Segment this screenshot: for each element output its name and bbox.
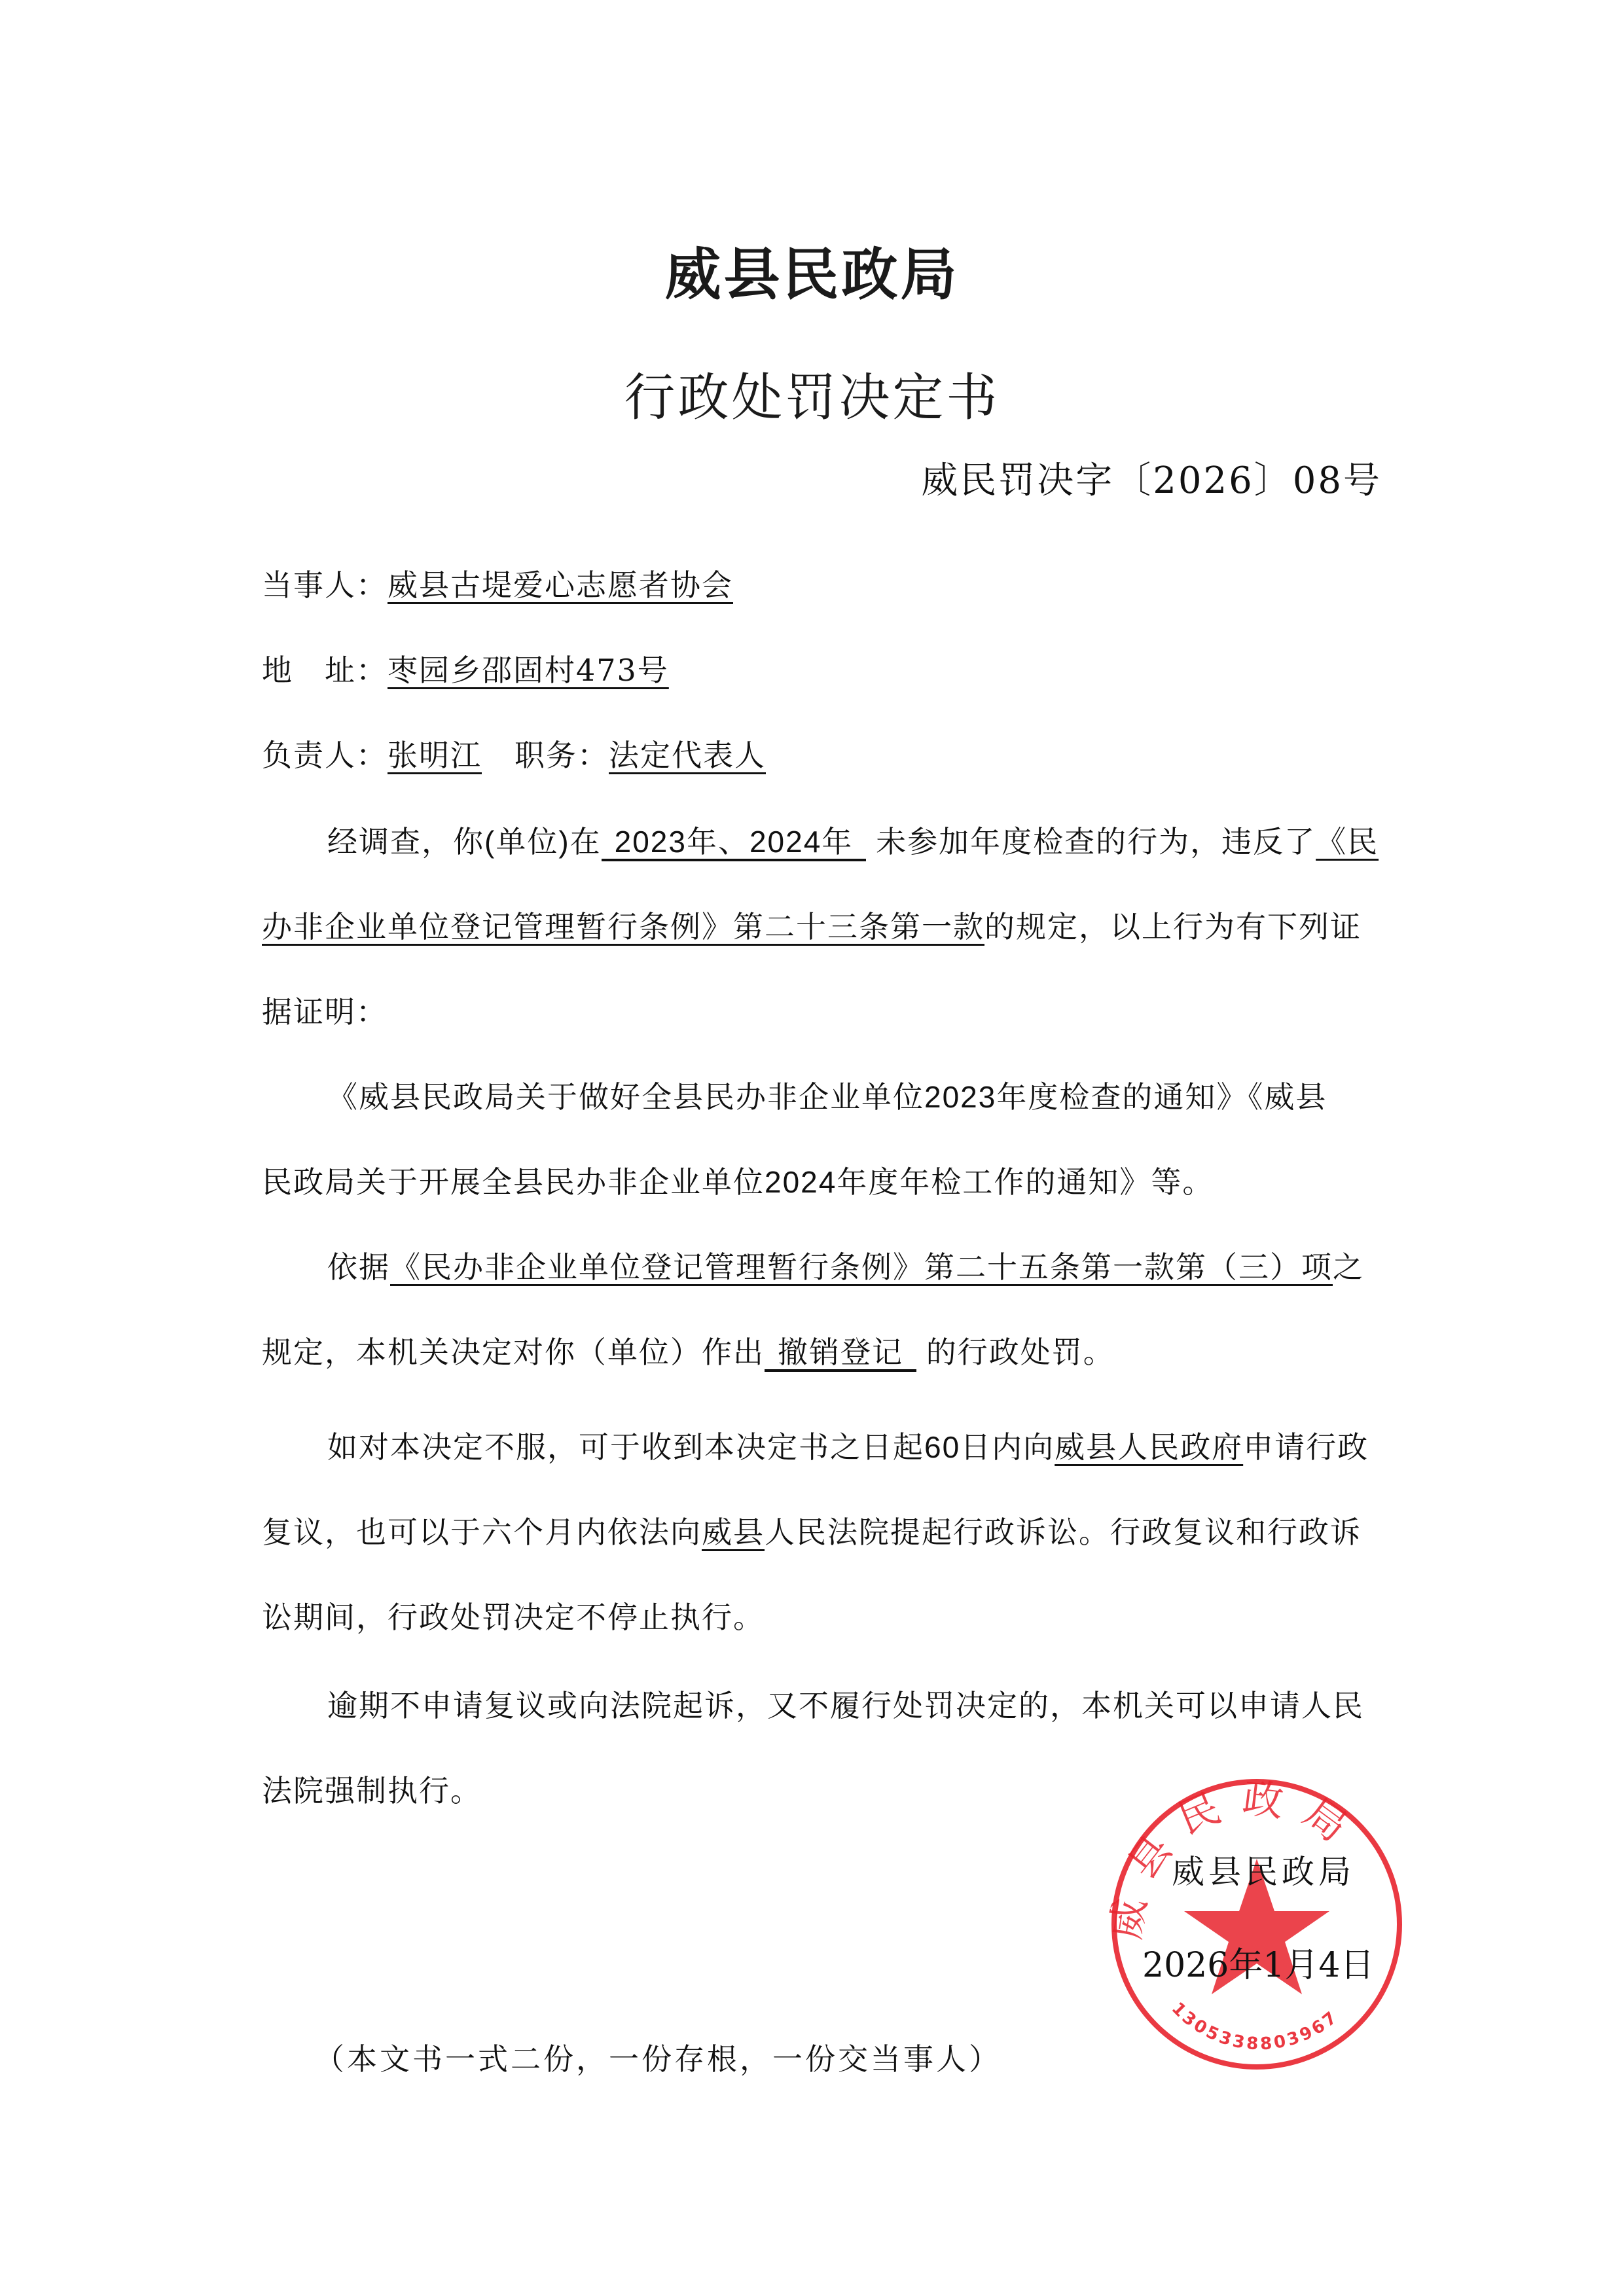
official-seal-stamp: 威县民政局 1305338803967 [1103,1770,1411,2078]
person-label: 负责人： [262,738,388,773]
seal-code: 1305338803967 [1168,1999,1343,2054]
party-address-label: 地 址： [262,653,388,688]
signing-date: 2026年1月4日 [1142,1937,1375,1986]
violated-law-ref: 《民 [1316,825,1379,859]
finding-paragraph-line2: 办非企业单位登记管理暂行条例》第二十三条第一款的规定，以上行为有下列证 [262,903,1362,946]
finding-text: 未参加年度检查的行为，违反了 [876,825,1316,859]
enforcement-line2: 法院强制执行。 [262,1767,482,1810]
position-label: 职务： [514,738,609,773]
party-address-value: 枣园乡邵固村473号 [388,653,669,688]
copies-note: （本文书一式二份，一份存根，一份交当事人） [314,2036,1001,2079]
basis-text: 的行政处罚。 [926,1335,1115,1369]
appeal-line2: 复议，也可以于六个月内依法向威县人民法院提起行政诉讼。行政复议和行政诉 [262,1509,1362,1552]
party-person-row: 负责人：张明江职务：法定代表人 [262,732,766,775]
violated-law-ref: 办非企业单位登记管理暂行条例》第二十三条第一款 [262,910,984,944]
appeal-text: 申请行政 [1243,1430,1369,1464]
party-name-label: 当事人： [262,567,388,603]
document-type-title: 行政处罚决定书 [0,357,1624,430]
position-value: 法定代表人 [609,738,766,773]
signing-authority: 威县民政局 [1172,1846,1355,1893]
finding-text: 的规定，以上行为有下列证 [984,910,1362,944]
finding-text: 据证明： [262,995,388,1029]
finding-paragraph-line3: 据证明： [262,988,388,1031]
court-county: 威县 [702,1515,765,1549]
evidence-line1: 《威县民政局关于做好全县民办非企业单位2023年度检查的通知》《威县 [327,1073,1327,1117]
basis-text: 依据 [327,1250,390,1284]
violation-years: 2023年、2024年 [602,825,867,861]
basis-text: 之 [1333,1250,1364,1284]
party-name-row: 当事人：威县古堤爱心志愿者协会 [262,562,733,605]
basis-text: 规定，本机关决定对你（单位）作出 [262,1335,765,1369]
svg-text:1305338803967: 1305338803967 [1168,1999,1343,2054]
party-name-value: 威县古堤爱心志愿者协会 [388,567,733,603]
person-value: 张明江 [388,738,482,773]
evidence-line2: 民政局关于开展全县民办非企业单位2024年度年检工作的通知》等。 [262,1158,1214,1202]
appeal-text: 人民法院提起行政诉讼。行政复议和行政诉 [765,1515,1362,1549]
document-number: 威民罚决字〔2026〕08号 [921,452,1382,504]
basis-law-ref: 《民办非企业单位登记管理暂行条例》第二十五条第一款第（三）项 [390,1250,1333,1284]
finding-text: 经调查，你(单位)在 [327,825,602,859]
penalty-type: 撤销登记 [765,1336,916,1372]
appeal-line3: 讼期间，行政处罚决定不停止执行。 [262,1594,765,1637]
appeal-line1: 如对本决定不服，可于收到本决定书之日起60日内向威县人民政府申请行政 [327,1424,1369,1467]
party-address-row: 地 址：枣园乡邵固村473号 [262,647,669,690]
basis-line1: 依据《民办非企业单位登记管理暂行条例》第二十五条第一款第（三）项之 [327,1244,1364,1287]
appeal-text: 复议，也可以于六个月内依法向 [262,1515,702,1549]
finding-paragraph-line1: 经调查，你(单位)在2023年、2024年 未参加年度检查的行为，违反了《民 [327,818,1379,861]
review-authority: 威县人民政府 [1055,1430,1243,1464]
document-authority-title: 威县民政局 [0,229,1624,310]
appeal-text: 如对本决定不服，可于收到本决定书之日起60日内向 [327,1430,1055,1464]
basis-line2: 规定，本机关决定对你（单位）作出撤销登记 的行政处罚。 [262,1329,1115,1372]
enforcement-line1: 逾期不申请复议或向法院起诉，又不履行处罚决定的，本机关可以申请人民 [327,1682,1364,1725]
